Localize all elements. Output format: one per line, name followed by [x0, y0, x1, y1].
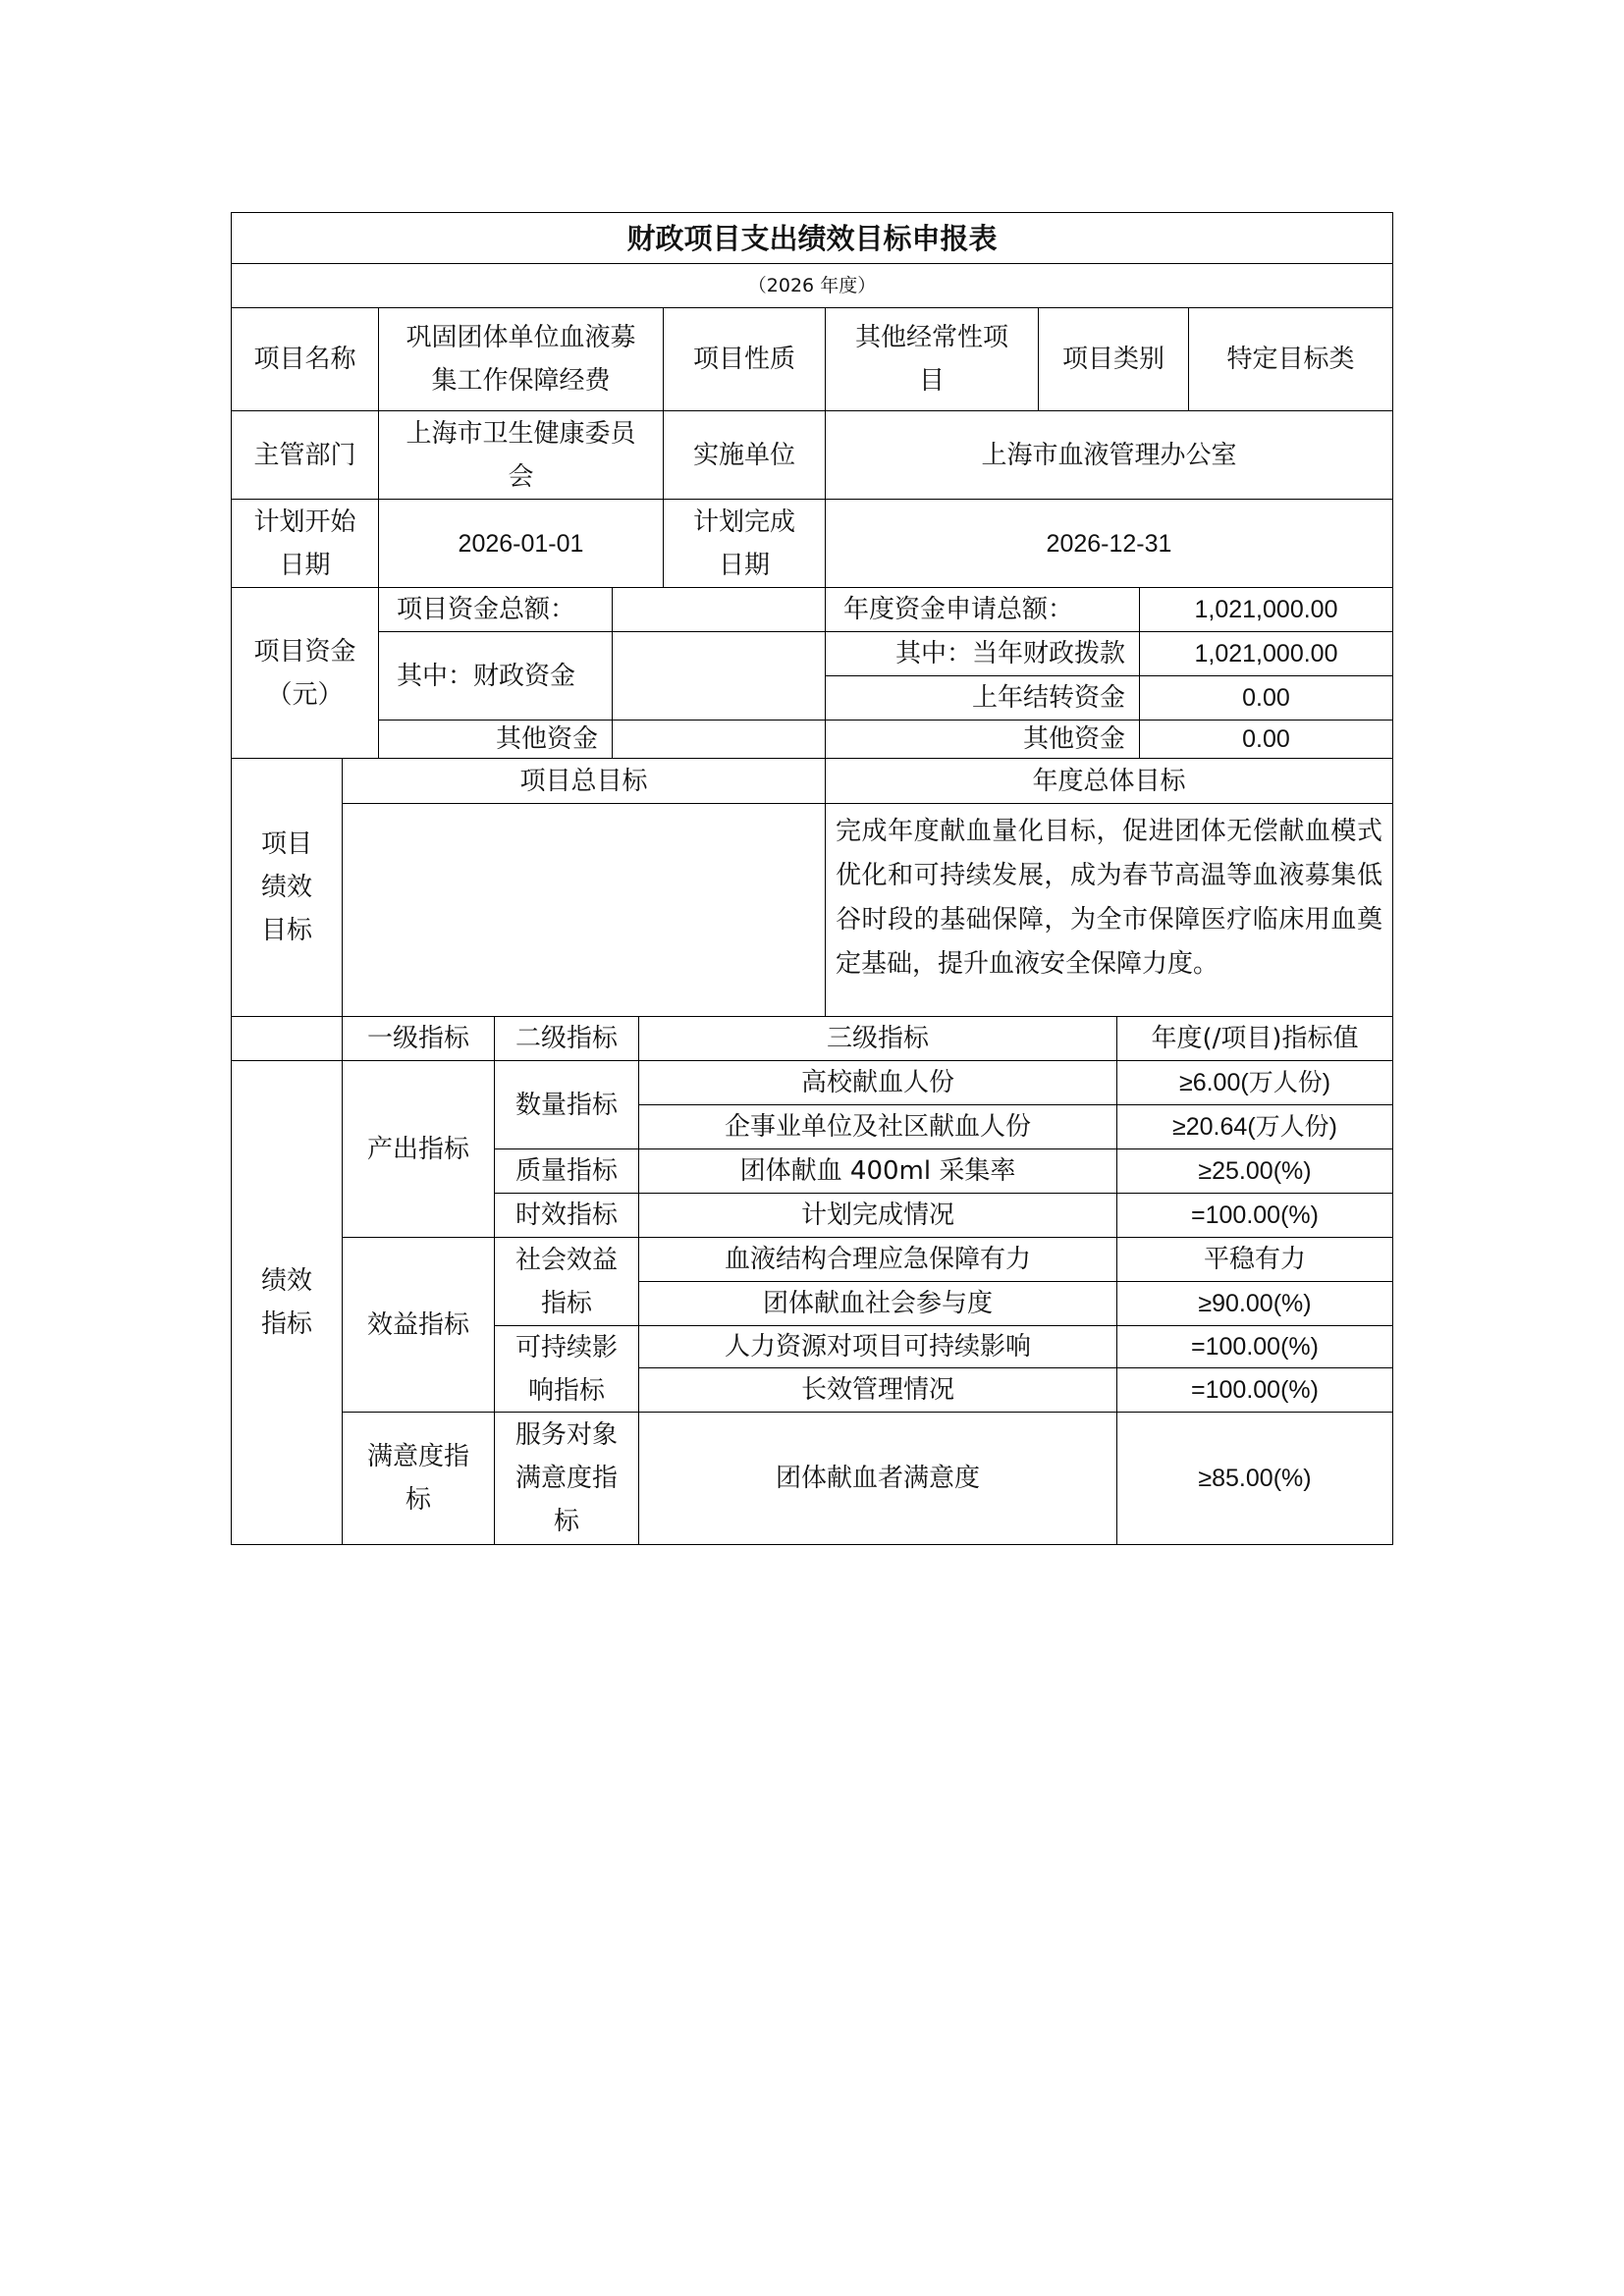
funds-other-value [612, 720, 826, 759]
start-date-value: 2026-01-01 [378, 499, 664, 588]
annual-goal-content: 完成年度献血量化目标，促进团体无偿献血模式优化和可持续发展，成为春节高温等血液募… [836, 810, 1382, 987]
level2-timeliness: 时效指标 [494, 1193, 639, 1238]
goals-section-label-text: 项目绩效目标 [261, 823, 312, 952]
annual-goal-header: 年度总体目标 [825, 758, 1393, 804]
form-title-text: 财政项目支出绩效目标申报表 [626, 217, 997, 260]
funds-fiscal-label-text: 其中：财政资金 [397, 655, 575, 698]
dept-label: 主管部门 [231, 410, 379, 500]
form-year-text: （2026 年度） [748, 264, 876, 307]
indicator-row-name: 团体献血 400ml 采集率 [638, 1148, 1117, 1194]
indicator-row-value-text: ≥20.64(万人份) [1172, 1105, 1337, 1148]
level2-social-benefit-text: 社会效益指标 [513, 1239, 621, 1325]
level2-quality: 质量指标 [494, 1148, 639, 1194]
overall-goal-text [342, 803, 826, 1017]
indicator-row-value-text: =100.00(%) [1191, 1368, 1319, 1412]
project-nature-label: 项目性质 [663, 307, 826, 411]
annual-total-label-text: 年度资金申请总额： [843, 588, 1073, 631]
annual-other-value-text: 0.00 [1242, 718, 1290, 761]
indicator-row-name-text: 团体献血 400ml 采集率 [740, 1149, 1016, 1193]
form-title: 财政项目支出绩效目标申报表 [231, 212, 1393, 264]
value-header-text: 年度(/项目)指标值 [1151, 1017, 1358, 1060]
indicator-header-level1: 一级指标 [342, 1016, 495, 1061]
indicator-row-value: 平稳有力 [1116, 1237, 1393, 1282]
funds-total-value [612, 587, 826, 632]
indicator-header-level3: 三级指标 [638, 1016, 1117, 1061]
indicator-row-name-text: 长效管理情况 [801, 1368, 954, 1412]
overall-goal-header: 项目总目标 [342, 758, 826, 804]
goals-section-label: 项目绩效目标 [231, 758, 343, 1017]
indicator-row-name: 企事业单位及社区献血人份 [638, 1104, 1117, 1149]
project-name-label-text: 项目名称 [253, 338, 355, 381]
start-date-label-text: 计划开始日期 [245, 501, 364, 587]
annual-total-value-text: 1,021,000.00 [1195, 588, 1338, 631]
level3-header-text: 三级指标 [827, 1017, 929, 1060]
indicator-row-value: ≥6.00(万人份) [1116, 1060, 1393, 1105]
project-name-value: 巩固团体单位血液募集工作保障经费 [378, 307, 664, 411]
funds-other-label-text: 其他资金 [496, 718, 598, 761]
level2-quality-text: 质量指标 [515, 1149, 618, 1193]
dept-text: 上海市卫生健康委员会 [403, 412, 639, 499]
annual-goal-text: 完成年度献血量化目标，促进团体无偿献血模式优化和可持续发展，成为春节高温等血液募… [825, 803, 1393, 1017]
indicators-section-label: 绩效指标 [231, 1060, 343, 1545]
dept-value: 上海市卫生健康委员会 [378, 410, 664, 500]
funds-fiscal-label: 其中：财政资金 [378, 631, 613, 721]
annual-other-label-text: 其他资金 [1023, 718, 1125, 761]
indicator-row-name: 长效管理情况 [638, 1367, 1117, 1413]
indicator-row-name: 团体献血者满意度 [638, 1412, 1117, 1545]
indicator-row-name-text: 企事业单位及社区献血人份 [725, 1105, 1031, 1148]
annual-fiscal-value: 1,021,000.00 [1139, 631, 1393, 676]
level2-quantity-text: 数量指标 [515, 1084, 618, 1127]
carryover-value-text: 0.00 [1242, 676, 1290, 720]
project-category-label-text: 项目类别 [1062, 338, 1164, 381]
indicator-row-name-text: 计划完成情况 [801, 1194, 954, 1237]
indicator-header-level2: 二级指标 [494, 1016, 639, 1061]
level2-social-benefit: 社会效益指标 [494, 1237, 639, 1326]
annual-other-value: 0.00 [1139, 720, 1393, 759]
level2-sustainability-text: 可持续影响指标 [513, 1326, 621, 1413]
form-year: （2026 年度） [231, 263, 1393, 308]
project-category-value: 特定目标类 [1188, 307, 1393, 411]
indicator-row-name: 计划完成情况 [638, 1193, 1117, 1238]
level2-header-text: 二级指标 [515, 1017, 618, 1060]
end-date-text: 2026-12-31 [1047, 522, 1172, 565]
indicator-row-value: =100.00(%) [1116, 1193, 1393, 1238]
indicator-row-value: ≥90.00(%) [1116, 1281, 1393, 1326]
overall-goal-header-text: 项目总目标 [519, 760, 647, 803]
project-name-label: 项目名称 [231, 307, 379, 411]
indicator-row-value: ≥20.64(万人份) [1116, 1104, 1393, 1149]
indicator-row-name-text: 团体献血者满意度 [776, 1457, 980, 1500]
level1-satisfaction: 满意度指标 [342, 1412, 495, 1545]
indicator-row-value-text: ≥6.00(万人份) [1179, 1061, 1330, 1104]
impl-value: 上海市血液管理办公室 [825, 410, 1393, 500]
annual-fiscal-label-text: 其中：当年财政拨款 [895, 632, 1125, 675]
start-date-text: 2026-01-01 [459, 522, 584, 565]
level1-output-text: 产出指标 [367, 1128, 469, 1171]
indicator-row-name-text: 人力资源对项目可持续影响 [725, 1325, 1031, 1368]
level1-benefit: 效益指标 [342, 1237, 495, 1413]
annual-total-value: 1,021,000.00 [1139, 587, 1393, 632]
indicator-row-value-text: =100.00(%) [1191, 1194, 1319, 1237]
carryover-label-text: 上年结转资金 [972, 676, 1125, 720]
annual-other-label: 其他资金 [825, 720, 1140, 759]
carryover-label: 上年结转资金 [825, 675, 1140, 721]
level1-satisfaction-text: 满意度指标 [360, 1435, 476, 1522]
end-date-label-text: 计划完成日期 [689, 501, 799, 587]
level2-service-satisfaction: 服务对象满意度指标 [494, 1412, 639, 1545]
dept-label-text: 主管部门 [253, 434, 355, 477]
indicator-row-value-text: ≥25.00(%) [1198, 1149, 1311, 1193]
indicator-row-value: =100.00(%) [1116, 1325, 1393, 1368]
indicator-row-value-text: ≥90.00(%) [1198, 1282, 1311, 1325]
funds-other-label: 其他资金 [378, 720, 613, 759]
indicator-row-value: ≥25.00(%) [1116, 1148, 1393, 1194]
project-nature-label-text: 项目性质 [693, 338, 795, 381]
indicator-header-blank [231, 1016, 343, 1061]
indicator-row-name: 人力资源对项目可持续影响 [638, 1325, 1117, 1368]
funds-fiscal-value [612, 631, 826, 721]
indicator-row-name: 高校献血人份 [638, 1060, 1117, 1105]
level2-service-satisfaction-text: 服务对象满意度指标 [509, 1414, 624, 1543]
performance-target-form: 财政项目支出绩效目标申报表 （2026 年度） 项目名称 巩固团体单位血液募集工… [0, 0, 1624, 2296]
impl-label-text: 实施单位 [693, 434, 795, 477]
indicator-row-value-text: ≥85.00(%) [1198, 1457, 1311, 1500]
indicator-row-name-text: 高校献血人份 [801, 1061, 954, 1104]
carryover-value: 0.00 [1139, 675, 1393, 721]
level2-quantity: 数量指标 [494, 1060, 639, 1149]
indicator-row-value: =100.00(%) [1116, 1367, 1393, 1413]
indicator-header-value: 年度(/项目)指标值 [1116, 1016, 1393, 1061]
funds-section-label: 项目资金（元） [231, 587, 379, 759]
indicator-row-name: 血液结构合理应急保障有力 [638, 1237, 1117, 1282]
annual-fiscal-label: 其中：当年财政拨款 [825, 631, 1140, 676]
project-category-text: 特定目标类 [1226, 338, 1354, 381]
impl-label: 实施单位 [663, 410, 826, 500]
start-date-label: 计划开始日期 [231, 499, 379, 588]
indicator-row-name-text: 团体献血社会参与度 [763, 1282, 993, 1325]
annual-goal-header-text: 年度总体目标 [1032, 760, 1185, 803]
project-nature-value: 其他经常性项目 [825, 307, 1039, 411]
indicator-row-value: ≥85.00(%) [1116, 1412, 1393, 1545]
annual-fiscal-value-text: 1,021,000.00 [1195, 632, 1338, 675]
level2-sustainability: 可持续影响指标 [494, 1325, 639, 1413]
project-nature-text: 其他经常性项目 [843, 316, 1020, 402]
impl-text: 上海市血液管理办公室 [981, 434, 1236, 477]
project-name-text: 巩固团体单位血液募集工作保障经费 [403, 316, 639, 402]
funds-section-label-text: 项目资金（元） [251, 630, 358, 717]
level1-benefit-text: 效益指标 [367, 1304, 469, 1347]
indicator-row-value-text: =100.00(%) [1191, 1325, 1319, 1368]
project-category-label: 项目类别 [1038, 307, 1189, 411]
annual-total-label: 年度资金申请总额： [825, 587, 1140, 632]
indicator-row-name: 团体献血社会参与度 [638, 1281, 1117, 1326]
level1-header-text: 一级指标 [367, 1017, 469, 1060]
indicators-section-label-text: 绩效指标 [261, 1259, 312, 1346]
indicator-row-name-text: 血液结构合理应急保障有力 [725, 1238, 1031, 1281]
end-date-value: 2026-12-31 [825, 499, 1393, 588]
level2-timeliness-text: 时效指标 [515, 1194, 618, 1237]
funds-total-label-text: 项目资金总额： [397, 588, 575, 631]
indicator-row-value-text: 平稳有力 [1204, 1238, 1306, 1281]
funds-total-label: 项目资金总额： [378, 587, 613, 632]
level1-output: 产出指标 [342, 1060, 495, 1238]
end-date-label: 计划完成日期 [663, 499, 826, 588]
